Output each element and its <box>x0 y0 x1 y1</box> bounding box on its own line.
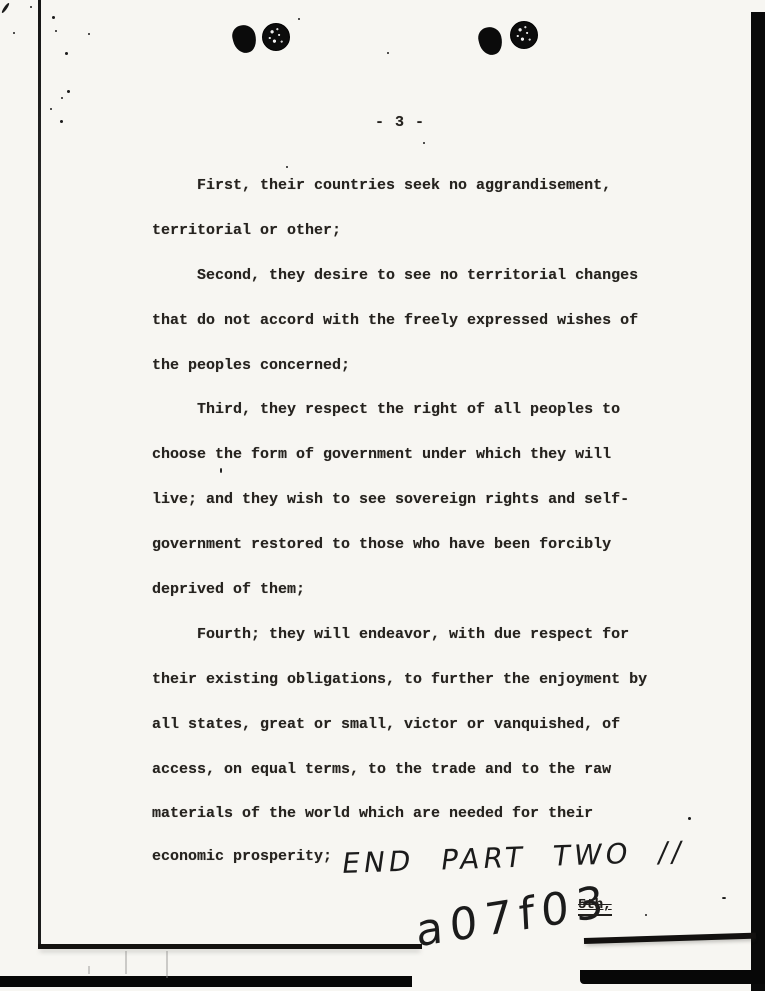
typed-line: live; and they wish to see sovereign rig… <box>152 490 629 510</box>
scan-speck <box>286 166 288 168</box>
typed-line: Third, they respect the right of all peo… <box>152 400 620 420</box>
scan-speck <box>60 120 63 123</box>
scan-speck <box>387 52 389 54</box>
page-left-edge-line <box>38 0 41 948</box>
scan-speck <box>1 2 10 14</box>
typed-line: territorial or other; <box>152 221 341 241</box>
scan-speck <box>688 817 691 820</box>
typed-line: choose the form of government under whic… <box>152 445 611 465</box>
typed-line: government restored to those who have be… <box>152 535 611 555</box>
scan-speck <box>50 108 52 110</box>
handwritten-code: a07f03 <box>415 876 612 958</box>
page-right-edge-bar <box>751 12 765 991</box>
typed-line: access, on equal terms, to the trade and… <box>152 760 611 780</box>
handwritten-end-note: END PART TWO // <box>340 835 688 880</box>
punch-hole-icon <box>230 23 259 56</box>
scan-streak <box>166 951 168 978</box>
scan-speck <box>298 18 300 20</box>
typed-line: First, their countries seek no aggrandis… <box>152 176 611 196</box>
catchword-struck: 5th, <box>578 897 612 916</box>
scan-speck <box>30 6 32 8</box>
scan-streak <box>88 966 90 974</box>
scan-speck <box>722 897 726 899</box>
fastener-head-icon <box>510 21 538 49</box>
typed-line: that do not accord with the freely expre… <box>152 311 638 331</box>
scan-speck <box>55 30 57 32</box>
typed-line: the peoples concerned; <box>152 356 350 376</box>
scan-speck <box>423 142 425 144</box>
scan-speck <box>13 32 15 34</box>
scan-speck <box>88 33 90 35</box>
page-bottom-edge-left <box>38 944 422 949</box>
scan-speck <box>220 468 222 473</box>
scan-bottom-bar-left <box>0 976 412 987</box>
fastener-head-icon <box>262 23 290 51</box>
scan-speck <box>52 16 55 19</box>
typed-line: Fourth; they will endeavor, with due res… <box>152 625 629 645</box>
page-bottom-edge-right <box>584 933 756 944</box>
page-number: - 3 - <box>152 114 648 131</box>
typed-line: materials of the world which are needed … <box>152 804 593 824</box>
scan-speck <box>67 90 70 93</box>
typed-line: all states, great or small, victor or va… <box>152 715 620 735</box>
typed-line: deprived of them; <box>152 580 305 600</box>
typed-line: Second, they desire to see no territoria… <box>152 266 638 286</box>
scan-speck <box>61 97 63 99</box>
scan-streak <box>125 951 127 974</box>
scanned-document-page: - 3 - First, their countries seek no agg… <box>0 0 765 991</box>
typed-line: economic prosperity; <box>152 847 332 867</box>
typed-line: their existing obligations, to further t… <box>152 670 647 690</box>
scan-speck <box>645 914 647 916</box>
scan-bottom-bar-right <box>580 970 765 984</box>
punch-hole-icon <box>476 25 505 58</box>
scan-speck <box>65 52 68 55</box>
